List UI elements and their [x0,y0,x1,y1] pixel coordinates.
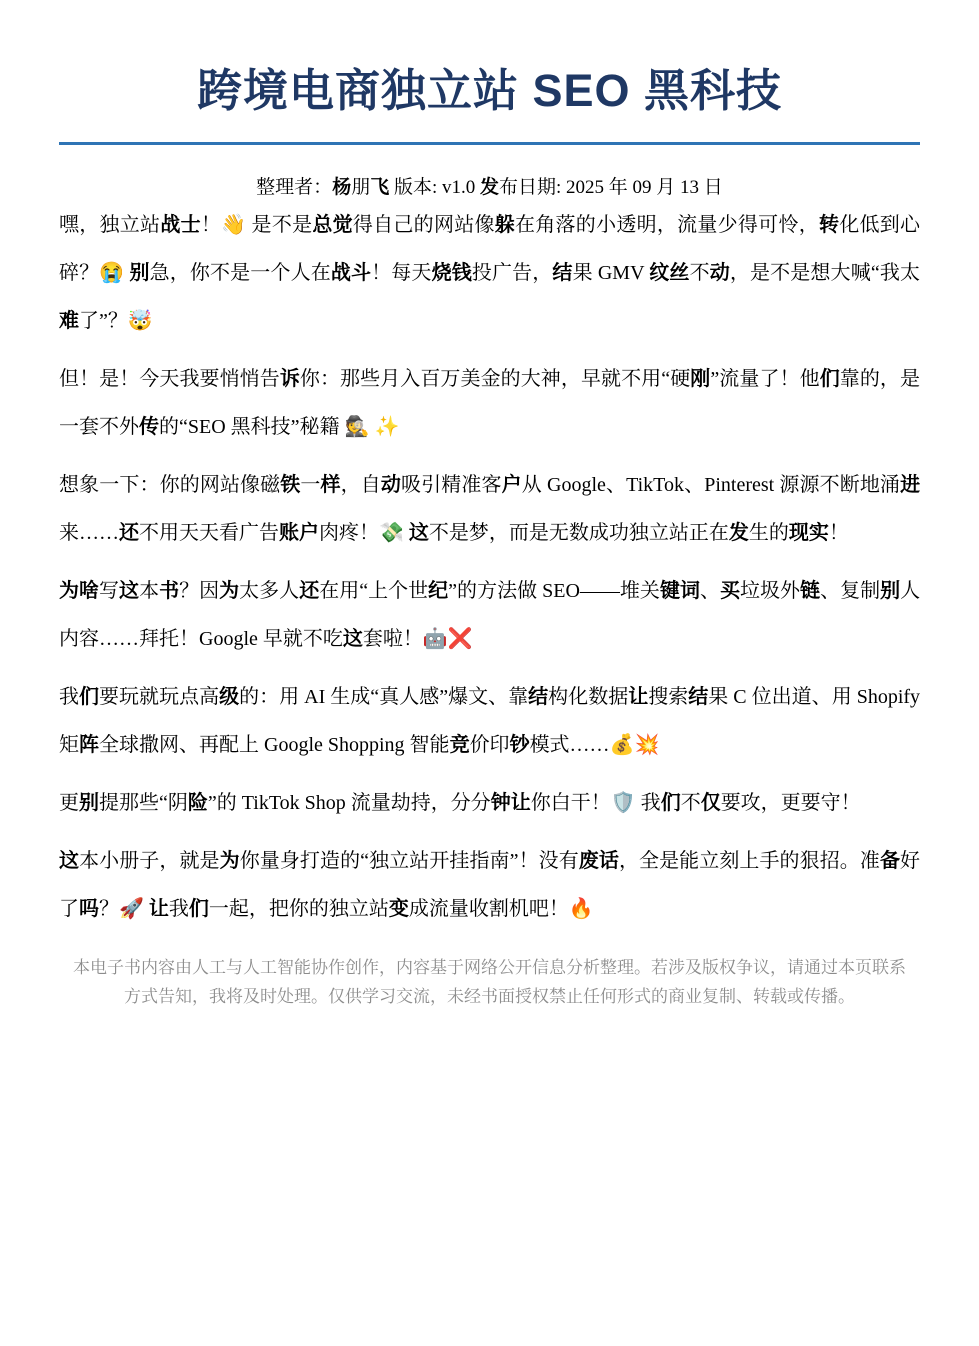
text-run-bold: 这 [59,850,79,872]
text-run-bold: 为 [220,850,240,872]
text-run: 不用天天看广告 [139,522,279,544]
text-run-bold: 转 [819,214,839,236]
text-run: ”的 TikTok Shop 流量劫持，分分 [208,792,491,814]
paragraph-secret: 但！是！今天我要悄悄告诉你：那些月入百万美金的大神，早就不用“硬刚”流量了！他们… [59,355,920,451]
text-run-bold: 书 [159,580,179,602]
text-run-bold: 备 [880,850,900,872]
text-run-bold: 链 [800,580,820,602]
text-run: 提那些“阴 [99,792,188,814]
text-run: 在用“上个世 [319,580,428,602]
text-run-bold: 钟让 [491,792,531,814]
meta-line: 整理者：杨朋飞 版本: v1.0 发布日期: 2025 年 09 月 13 日 [59,175,920,201]
text-run-bold: 结 [552,262,572,284]
text-run-bold: 竞 [450,734,470,756]
text-run-bold: 现实 [789,522,829,544]
text-run: 你量身打造的“独立站开挂指南”！没有 [240,850,579,872]
text-run: 的“SEO 黑科技”秘籍 🕵️ ✨ [159,416,399,438]
footer-disclaimer: 本电子书内容由人工与人工智能协作创作，内容基于网络公开信息分析整理。若涉及版权争… [59,953,920,1011]
text-run: 要玩就玩点高 [99,686,219,708]
paragraph-intro: 嘿，独立站战士！👋 是不是总觉得自己的网站像躲在角落的小透明，流量少得可怜，转化… [59,201,920,345]
text-run-bold: 刚 [690,368,710,390]
text-run: 要攻，更要守！ [721,792,861,814]
text-run: 不是梦，而是无数成功独立站正在 [429,522,729,544]
text-run: 从 Google、TikTok、Pinterest 源源不断地涌 [522,474,900,496]
text-run-bold: 战斗 [331,262,371,284]
text-run-bold: 传 [139,416,159,438]
text-run-bold: 买 [720,580,740,602]
text-run-bold: 动 [710,262,730,284]
text-run: 版本: v1.0 [389,177,480,198]
text-run: 急，你不是一个人在 [150,262,331,284]
text-run-bold: 废话 [579,850,619,872]
text-run: 、复制 [820,580,880,602]
text-run: 一起，把你的独立站 [209,898,389,920]
text-run: 本 [139,580,159,602]
text-run: 太多人 [239,580,299,602]
text-run: 更 [59,792,79,814]
text-run-bold: 动 [381,474,401,496]
text-run: 得自己的网站像 [353,214,495,236]
text-run-bold: 进 [900,474,920,496]
text-run-bold: 发 [480,177,499,198]
paragraph-advanced-play: 我们要玩就玩点高级的：用 AI 生成“真人感”爆文、靠结构化数据让搜索结果 C … [59,673,920,769]
text-run-bold: 们 [661,792,681,814]
paragraph-call-to-action: 这本小册子，就是为你量身打造的“独立站开挂指南”！没有废话，全是能立刻上手的狠招… [59,837,920,933]
document-page: 跨境电商独立站 SEO 黑科技 整理者：杨朋飞 版本: v1.0 发布日期: 2… [0,0,979,1346]
text-run-bold: 让 [628,686,648,708]
text-run: 套啦！🤖❌ [363,628,473,650]
text-run: 吸引精准客 [401,474,502,496]
text-run: 肉疼！💸 [319,522,409,544]
text-run: ？🚀 [99,898,149,920]
text-run: 在角落的小透明，流量少得可怜， [515,214,819,236]
text-run-bold: 这 [409,522,429,544]
text-run-bold: 杨 [332,177,351,198]
text-run-bold: 为 [219,580,239,602]
text-run-bold: 还 [119,522,139,544]
text-run: 模式……💰💥 [530,734,660,756]
text-run: 果 GMV [573,262,650,284]
text-run: ！👋 是不是 [201,214,313,236]
page-title: 跨境电商独立站 SEO 黑科技 [59,60,920,122]
text-run: 的：用 AI 生成“真人感”爆文、靠 [239,686,528,708]
text-run-bold: 仅 [701,792,721,814]
paragraph-why-book: 为啥写这本书？因为太多人还在用“上个世纪”的方法做 SEO——堆关键词、买垃圾外… [59,567,920,663]
text-run: 、 [700,580,720,602]
text-run-bold: 总觉 [312,214,353,236]
text-run-bold: 户 [502,474,522,496]
text-run: ？因 [179,580,219,602]
text-run-bold: 钞 [510,734,530,756]
text-run: 写 [99,580,119,602]
text-run: 朋 [351,177,370,198]
text-run: 不 [690,262,710,284]
text-run-bold: 难 [59,310,79,332]
text-run-bold: 飞 [370,177,389,198]
text-run: 构化数据 [548,686,628,708]
paragraph-defense: 更别提那些“阴险”的 TikTok Shop 流量劫持，分分钟让你白干！🛡️ 我… [59,779,920,827]
text-run-bold: 险 [188,792,208,814]
text-run: 我 [169,898,189,920]
text-run: 想象一下：你的网站像磁 [59,474,280,496]
text-run-bold: 这 [343,628,363,650]
text-run-bold: 结 [528,686,548,708]
text-run: 垃圾外 [740,580,800,602]
text-run-bold: 样 [321,474,341,496]
text-run: 你白干！🛡️ 我 [531,792,661,814]
text-run-bold: 级 [219,686,239,708]
text-run-bold: 别 [880,580,900,602]
text-run: 投广告， [472,262,553,284]
text-run-bold: 诉 [280,368,300,390]
text-run-bold: 别 [129,262,149,284]
text-run-bold: 键词 [660,580,700,602]
text-run-bold: 阵 [79,734,99,756]
text-run: 嘿，独立站 [59,214,160,236]
text-run: 价印 [470,734,510,756]
text-run-bold: 这 [119,580,139,602]
text-run-bold: 们 [820,368,840,390]
text-run: ，全是能立刻上手的狠招。准 [619,850,880,872]
text-run-bold: 战士 [160,214,201,236]
text-run-bold: 发 [729,522,749,544]
title-divider [59,142,920,145]
text-run: ，是不是想大喊“我太 [730,262,920,284]
text-run: 你：那些月入百万美金的大神，早就不用“硬 [300,368,690,390]
text-run: 整理者： [256,177,332,198]
text-run: 但！是！今天我要悄悄告 [59,368,280,390]
text-run-bold: 账户 [279,522,319,544]
text-run: ”的方法做 SEO——堆关 [448,580,660,602]
text-run: 了”？🤯 [79,310,153,332]
text-run-bold: 铁 [280,474,300,496]
text-run: 来…… [59,522,119,544]
text-run: ”流量了！他 [710,368,819,390]
text-run-bold: 纪 [428,580,448,602]
text-run: 全球撒网、再配上 Google Shopping 智能 [99,734,450,756]
paragraph-imagine: 想象一下：你的网站像磁铁一样，自动吸引精准客户从 Google、TikTok、P… [59,461,920,557]
text-run: 本小册子，就是 [79,850,220,872]
text-run: 布日期: 2025 年 09 月 13 日 [499,177,723,198]
text-run-bold: 让 [149,898,169,920]
text-run-bold: 还 [299,580,319,602]
text-run: 生的 [749,522,789,544]
text-run: ，自 [341,474,381,496]
text-run: 我 [59,686,79,708]
text-run: 不 [681,792,701,814]
text-run: ！每天 [371,262,431,284]
text-run-bold: 结 [688,686,708,708]
text-run-bold: 纹丝 [649,262,689,284]
text-run: 成流量收割机吧！🔥 [409,898,594,920]
text-run-bold: 别 [79,792,99,814]
text-run: 搜索 [648,686,688,708]
text-run-bold: 为啥 [59,580,99,602]
text-run: ！ [829,522,849,544]
text-run-bold: 躲 [495,214,515,236]
text-run-bold: 吗 [79,898,99,920]
text-run-bold: 烧钱 [432,262,472,284]
text-run-bold: 变 [389,898,409,920]
text-run: 一 [300,474,320,496]
text-run-bold: 们 [79,686,99,708]
text-run-bold: 们 [189,898,209,920]
